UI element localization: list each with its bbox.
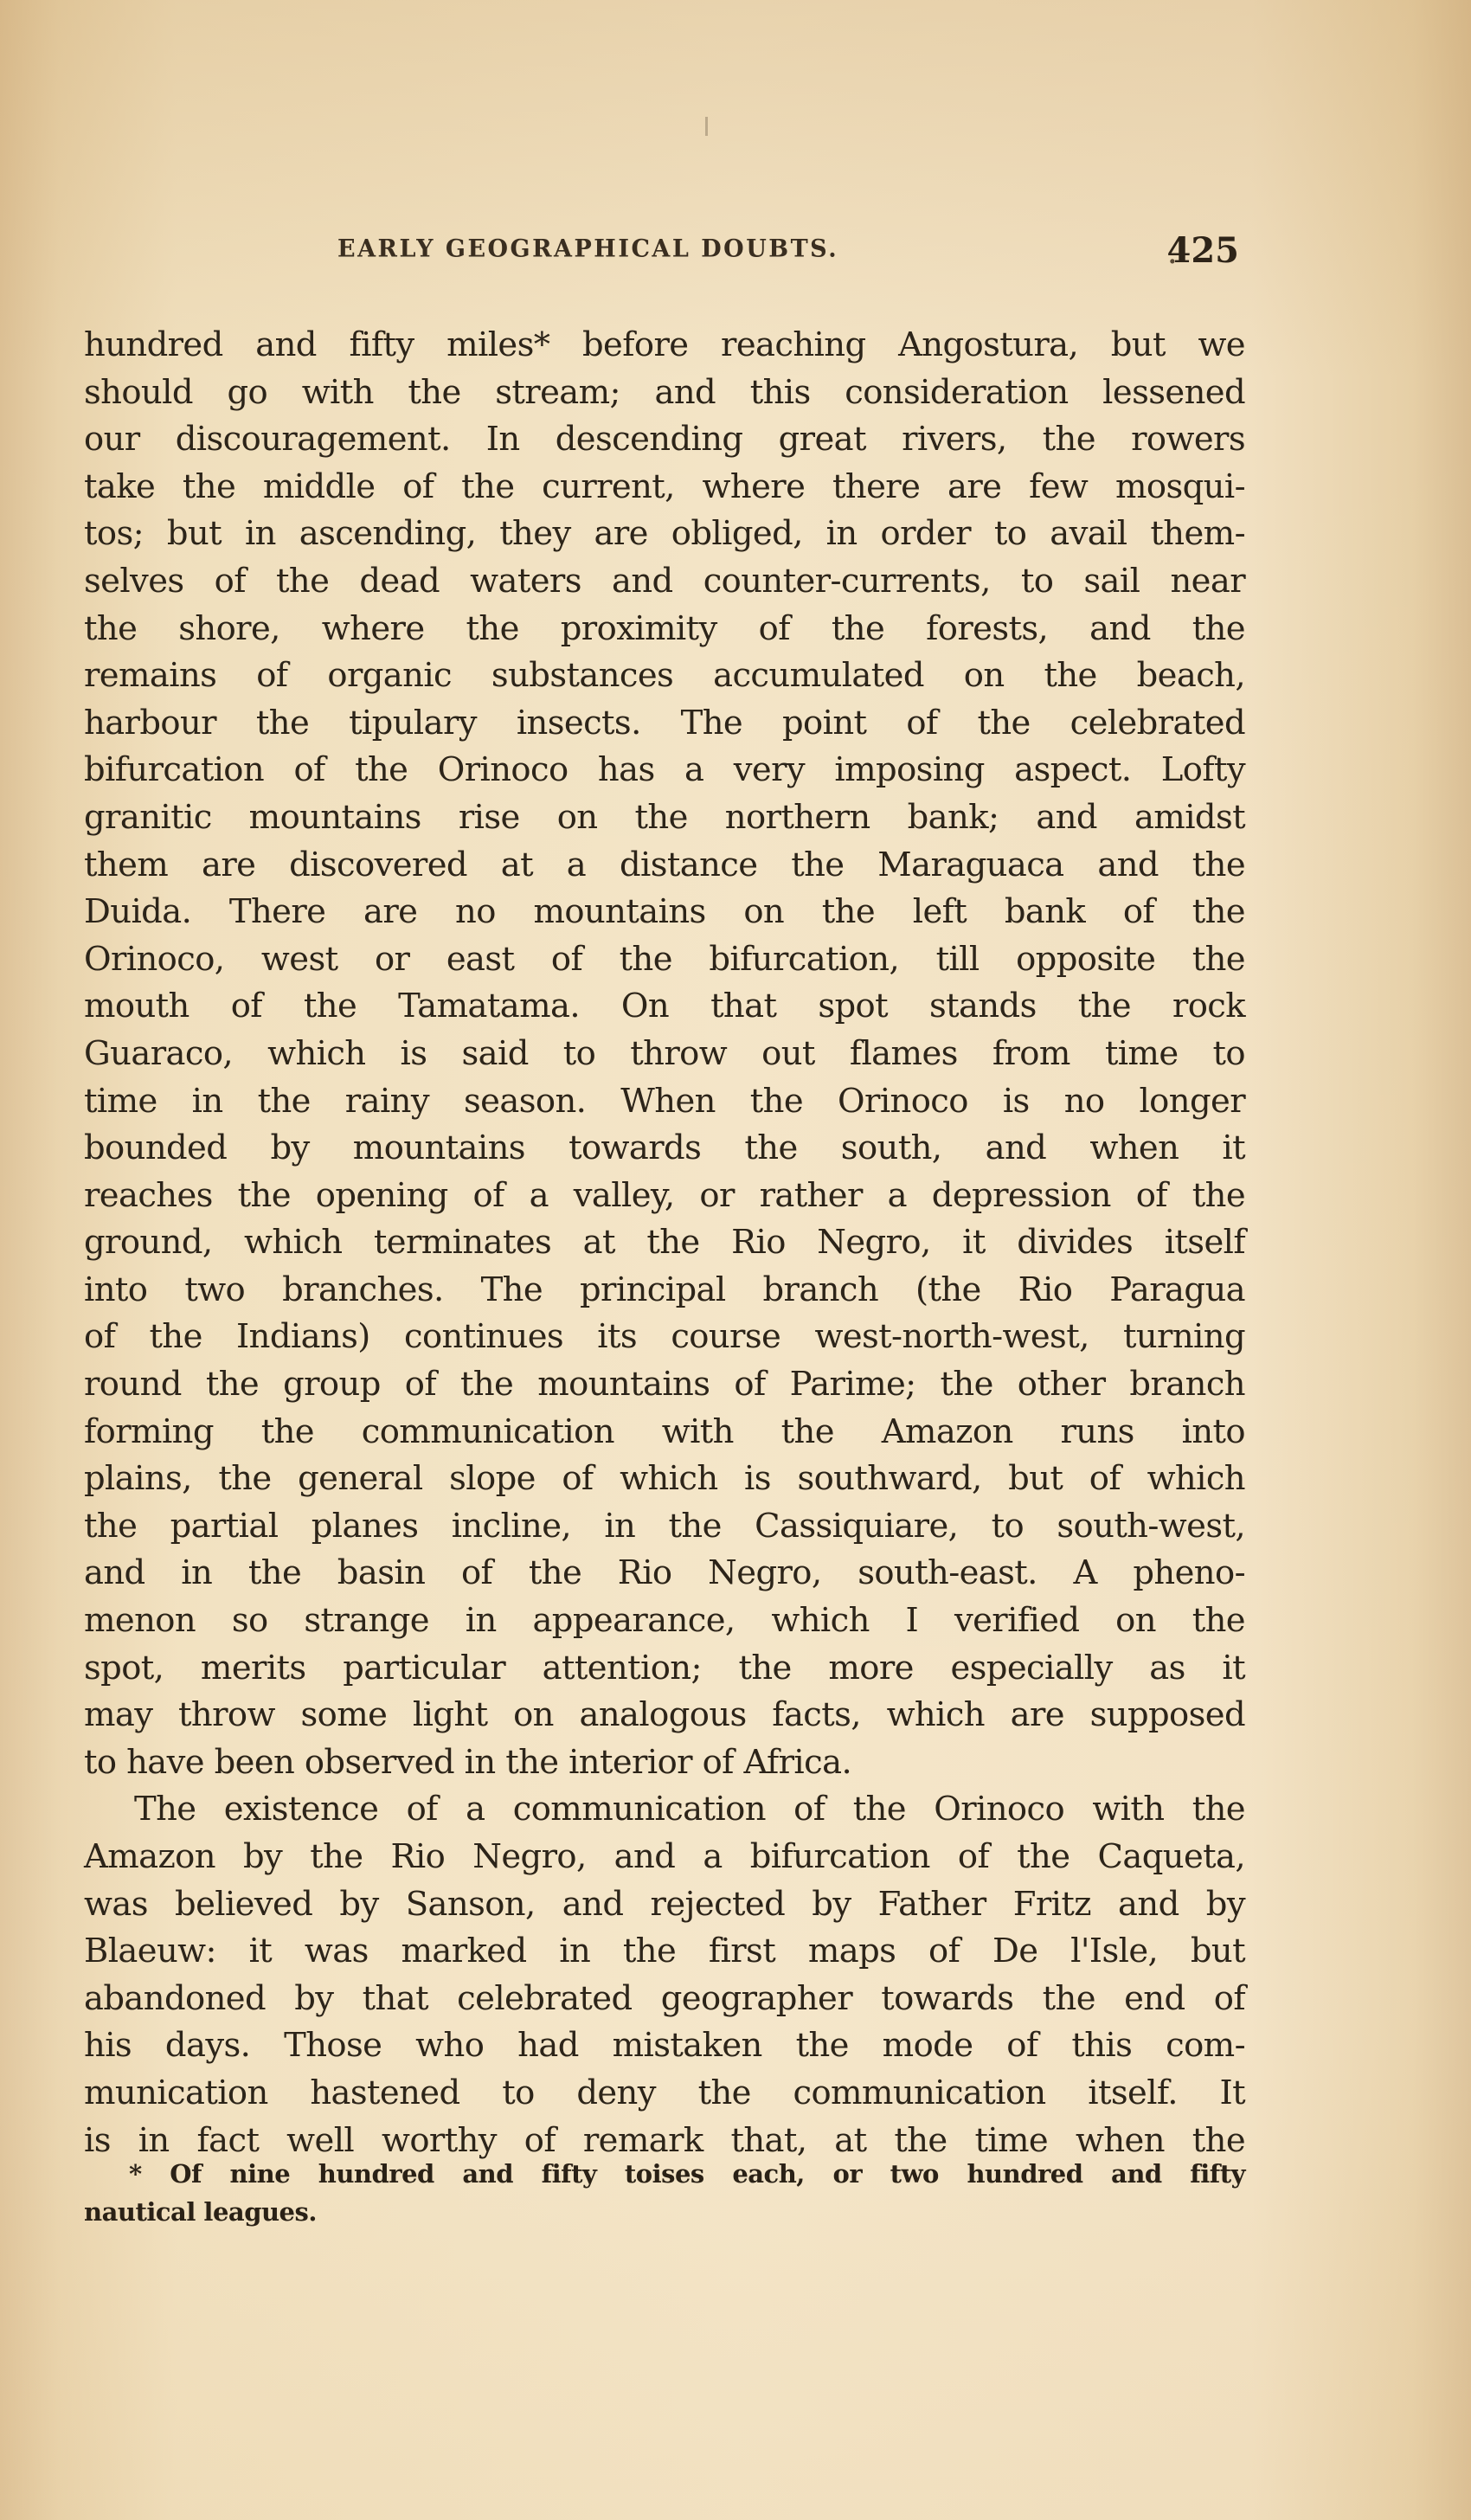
text-line: our discouragement. In descending great … — [84, 416, 1245, 464]
text-line: should go with the stream; and this cons… — [84, 370, 1245, 417]
paper-blemish — [705, 117, 708, 136]
text-line: may throw some light on analogous facts,… — [84, 1692, 1245, 1739]
text-line: Amazon by the Rio Negro, and a bifurcati… — [84, 1834, 1245, 1881]
text-line: the shore, where the proximity of the fo… — [84, 606, 1245, 653]
text-line: harbour the tipulary insects. The point … — [84, 700, 1245, 748]
text-line: Orinoco, west or east of the bifurcation… — [84, 936, 1245, 984]
page-number: 425 — [1167, 230, 1240, 271]
text-line: his days. Those who had mistaken the mod… — [84, 2022, 1245, 2070]
text-line: take the middle of the current, where th… — [84, 464, 1245, 511]
text-line: round the group of the mountains of Pari… — [84, 1361, 1245, 1409]
footnote: * Of nine hundred and fifty toises each,… — [84, 2155, 1245, 2231]
text-line: granitic mountains rise on the northern … — [84, 794, 1245, 842]
text-line: time in the rainy season. When the Orino… — [84, 1078, 1245, 1126]
paragraph-start-line: The existence of a communication of the … — [84, 1786, 1245, 1834]
text-line: Duida. There are no mountains on the lef… — [84, 889, 1245, 936]
text-line: munication hastened to deny the communic… — [84, 2070, 1245, 2118]
text-line: bounded by mountains towards the south, … — [84, 1125, 1245, 1173]
text-line: spot, merits particular attention; the m… — [84, 1645, 1245, 1693]
running-title: EARLY GEOGRAPHICAL DOUBTS. — [337, 235, 838, 263]
text-line: bifurcation of the Orinoco has a very im… — [84, 747, 1245, 794]
text-line: Blaeuw: it was marked in the first maps … — [84, 1928, 1245, 1976]
running-head: EARLY GEOGRAPHICAL DOUBTS. . 425 — [337, 235, 1246, 279]
text-line: forming the communication with the Amazo… — [84, 1409, 1245, 1456]
text-line: tos; but in ascending, they are obliged,… — [84, 511, 1245, 558]
text-line: was believed by Sanson, and rejected by … — [84, 1881, 1245, 1929]
footnote-line: nautical leagues. — [84, 2193, 1245, 2231]
text-line: remains of organic substances accumulate… — [84, 652, 1245, 700]
text-line: mouth of the Tamatama. On that spot stan… — [84, 983, 1245, 1031]
text-line: Guaraco, which is said to throw out flam… — [84, 1031, 1245, 1078]
text-line: them are discovered at a distance the Ma… — [84, 842, 1245, 890]
text-line: reaches the opening of a valley, or rath… — [84, 1173, 1245, 1220]
body-text: hundred and fifty miles* before reaching… — [84, 322, 1245, 2164]
footnote-line: * Of nine hundred and fifty toises each,… — [84, 2155, 1245, 2193]
text-line: selves of the dead waters and counter-cu… — [84, 558, 1245, 606]
text-line: hundred and fifty miles* before reaching… — [84, 322, 1245, 370]
text-line: abandoned by that celebrated geographer … — [84, 1976, 1245, 2023]
paragraph-end-line: to have been observed in the interior of… — [84, 1739, 1245, 1787]
text-line: into two branches. The principal branch … — [84, 1267, 1245, 1315]
text-line: plains, the general slope of which is so… — [84, 1456, 1245, 1503]
text-line: ground, which terminates at the Rio Negr… — [84, 1219, 1245, 1267]
text-line: and in the basin of the Rio Negro, south… — [84, 1550, 1245, 1597]
text-line: menon so strange in appearance, which I … — [84, 1597, 1245, 1645]
text-line: the partial planes incline, in the Cassi… — [84, 1503, 1245, 1551]
text-line: of the Indians) continues its course wes… — [84, 1314, 1245, 1361]
